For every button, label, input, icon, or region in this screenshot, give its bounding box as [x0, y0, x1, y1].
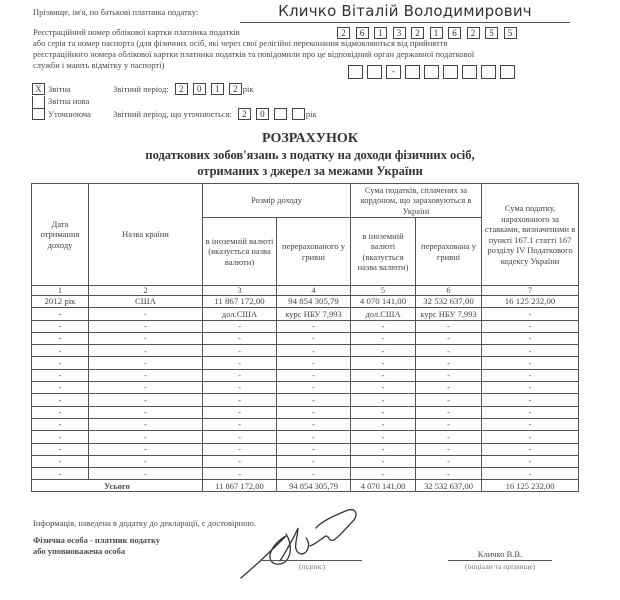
table-cell: 32 532 637,00	[416, 296, 482, 308]
table-cell: -	[89, 431, 203, 443]
table-row: -------	[32, 394, 579, 406]
table-cell: -	[416, 369, 482, 381]
column-number: 4	[277, 286, 351, 296]
table-cell: -	[416, 455, 482, 467]
table-cell: -	[277, 345, 351, 357]
table-cell: -	[203, 332, 277, 344]
digit-box[interactable]	[500, 65, 515, 79]
report-type-utochnyuyucha[interactable]: Уточнююча	[32, 108, 91, 120]
table-cell: -	[351, 332, 416, 344]
label-utochnyuyucha: Уточнююча	[48, 109, 91, 120]
table-row: -------	[32, 357, 579, 369]
column-number: 1	[32, 286, 89, 296]
digit-box[interactable]: 6	[448, 27, 461, 39]
table-cell: -	[32, 406, 89, 418]
table-cell: -	[416, 332, 482, 344]
table-row: --дол.СШАкурс НБУ 7,993дол.СШАкурс НБУ 7…	[32, 308, 579, 320]
table-cell: -	[89, 443, 203, 455]
digit-box[interactable]	[424, 65, 439, 79]
table-cell: -	[203, 455, 277, 467]
digit-box[interactable]: 6	[356, 27, 369, 39]
tax-calculation-table: Дата отримання доходу Назва країни Розмі…	[31, 183, 579, 492]
digit-box[interactable]: 2	[229, 83, 242, 95]
table-cell: -	[32, 332, 89, 344]
table-cell: -	[416, 320, 482, 332]
table-cell: -	[416, 382, 482, 394]
column-number: 7	[482, 286, 579, 296]
table-cell: -	[203, 443, 277, 455]
table-cell: -	[416, 418, 482, 430]
signature-caption: (підпис)	[262, 562, 362, 571]
table-cell: -	[89, 406, 203, 418]
table-cell: -	[89, 455, 203, 467]
table-cell: -	[32, 443, 89, 455]
digit-box[interactable]: 2	[411, 27, 424, 39]
digit-box[interactable]	[367, 65, 382, 79]
table-row: -------	[32, 332, 579, 344]
column-number: 3	[203, 286, 277, 296]
digit-box[interactable]	[405, 65, 420, 79]
table-cell: 11 867 172,00	[203, 296, 277, 308]
table-cell: -	[32, 394, 89, 406]
table-cell: -	[203, 468, 277, 480]
clarified-period-suffix: рік	[306, 109, 317, 120]
table-cell: -	[416, 394, 482, 406]
digit-box[interactable]	[481, 65, 496, 79]
table-cell: -	[482, 468, 579, 480]
checkbox-utochnyuyucha[interactable]	[32, 108, 45, 120]
table-cell: -	[482, 394, 579, 406]
registration-number-boxes: 2613216255	[337, 27, 517, 39]
header-tax-foreign: в іноземній валюті (вказується назва вал…	[351, 218, 416, 286]
table-cell: -	[277, 468, 351, 480]
table-cell: -	[351, 369, 416, 381]
table-cell: дол.США	[203, 308, 277, 320]
table-cell: -	[416, 406, 482, 418]
table-cell: -	[89, 332, 203, 344]
table-cell: -	[277, 455, 351, 467]
header-tax-group: Сума податків, сплачених за кордоном, що…	[351, 184, 482, 218]
table-cell: -	[277, 406, 351, 418]
table-cell: курс НБУ 7,993	[416, 308, 482, 320]
table-cell: -	[482, 455, 579, 467]
digit-box[interactable]	[274, 108, 287, 120]
header-income-group: Розмір доходу	[203, 184, 351, 218]
table-cell: -	[32, 345, 89, 357]
table-cell: -	[277, 418, 351, 430]
table-row: -------	[32, 431, 579, 443]
total-value: 11 867 172,00	[203, 480, 277, 492]
digit-box[interactable]: 5	[504, 27, 517, 39]
table-cell: -	[351, 443, 416, 455]
taxpayer-name-underline	[240, 22, 570, 23]
table-cell: -	[203, 369, 277, 381]
table-cell: -	[203, 345, 277, 357]
table-cell: -	[89, 345, 203, 357]
table-row: -------	[32, 320, 579, 332]
table-cell: -	[89, 394, 203, 406]
table-cell: -	[351, 468, 416, 480]
table-row: -------	[32, 468, 579, 480]
table-cell: -	[351, 345, 416, 357]
table-row: -------	[32, 455, 579, 467]
table-cell: -	[89, 357, 203, 369]
table-cell: -	[32, 418, 89, 430]
digit-box[interactable]	[462, 65, 477, 79]
table-cell: -	[351, 455, 416, 467]
table-cell: -	[32, 455, 89, 467]
total-label: Усього	[32, 480, 203, 492]
table-cell: -	[351, 406, 416, 418]
digit-box[interactable]: 5	[485, 27, 498, 39]
initials-caption: (ініціали та прізвище)	[448, 562, 552, 571]
header-income-foreign: в іноземній валюті (вказується назва вал…	[203, 218, 277, 286]
table-cell: -	[32, 308, 89, 320]
signer-label-line-2: або уповноважена особа	[33, 546, 160, 557]
table-cell: -	[482, 443, 579, 455]
table-cell: -	[351, 394, 416, 406]
table-cell: -	[89, 382, 203, 394]
table-cell: 94 854 305,79	[277, 296, 351, 308]
label-zvitna-nova: Звітна нова	[48, 96, 89, 107]
table-cell: -	[203, 320, 277, 332]
table-cell: США	[89, 296, 203, 308]
table-row: 2012 рікСША11 867 172,0094 854 305,794 0…	[32, 296, 579, 308]
label-zvitna: Звітна	[48, 84, 71, 95]
total-value: 32 532 637,00	[416, 480, 482, 492]
document-subtitle-1: податкових зобов'язань з податку на дохо…	[0, 148, 620, 163]
table-cell: -	[351, 382, 416, 394]
digit-box[interactable]: 2	[467, 27, 480, 39]
table-cell: -	[277, 382, 351, 394]
table-cell: -	[89, 418, 203, 430]
reg-text-line-2: або серія та номер паспорта (для фізични…	[33, 38, 593, 49]
reporting-period-label: Звітний період:	[113, 84, 169, 95]
digit-box[interactable]: 2	[175, 83, 188, 95]
table-cell: -	[351, 357, 416, 369]
table-cell: -	[203, 418, 277, 430]
column-number: 5	[351, 286, 416, 296]
table-cell: дол.США	[351, 308, 416, 320]
table-cell: 4 070 141,00	[351, 296, 416, 308]
initials-line	[448, 560, 552, 561]
reporting-period-suffix: рік	[243, 84, 254, 95]
table-row: -------	[32, 382, 579, 394]
table-cell: -	[277, 443, 351, 455]
table-cell: -	[482, 332, 579, 344]
digit-box[interactable]: 1	[430, 27, 443, 39]
table-cell: -	[32, 382, 89, 394]
column-number-row: 1234567	[32, 286, 579, 296]
document-subtitle-2: отриманих з джерел за межами України	[0, 164, 620, 179]
clarified-period-label: Звітний період, що уточнюється:	[113, 109, 232, 120]
digit-box[interactable]: 1	[211, 83, 224, 95]
digit-box[interactable]: 0	[256, 108, 269, 120]
accuracy-statement: Інформація, наведена в додатку до деклар…	[33, 518, 256, 529]
table-cell: -	[89, 468, 203, 480]
digit-box[interactable]: -	[386, 65, 401, 79]
digit-box[interactable]	[292, 108, 305, 120]
table-cell: -	[351, 320, 416, 332]
clarified-period-boxes: 20	[238, 108, 305, 120]
table-cell: -	[277, 394, 351, 406]
table-cell: -	[277, 332, 351, 344]
checkbox-zvitna[interactable]: X	[32, 83, 45, 95]
table-cell: -	[416, 443, 482, 455]
table-cell: -	[482, 431, 579, 443]
table-cell: -	[482, 406, 579, 418]
signature-line	[262, 560, 362, 561]
total-row: Усього11 867 172,0094 854 305,794 070 14…	[32, 480, 579, 492]
table-cell: -	[32, 468, 89, 480]
table-cell: -	[277, 320, 351, 332]
table-cell: -	[89, 308, 203, 320]
digit-box[interactable]	[443, 65, 458, 79]
table-cell: -	[482, 369, 579, 381]
table-cell: -	[416, 431, 482, 443]
reporting-period-boxes: 2012	[175, 83, 242, 95]
header-tax-uah: перерахована у гривні	[416, 218, 482, 286]
signer-label-line-1: Фізична особа - платник податку	[33, 535, 160, 546]
table-cell: -	[32, 357, 89, 369]
table-cell: -	[482, 382, 579, 394]
digit-box[interactable]: 2	[337, 27, 350, 39]
table-cell: -	[277, 431, 351, 443]
header-income-uah: перерахованого у гривні	[277, 218, 351, 286]
table-cell: -	[482, 320, 579, 332]
digit-box[interactable]: 0	[193, 83, 206, 95]
table-row: -------	[32, 345, 579, 357]
reporting-period: Звітний період: 2012 рік	[113, 83, 254, 95]
total-value: 94 854 305,79	[277, 480, 351, 492]
table-cell: -	[416, 468, 482, 480]
total-value: 4 070 141,00	[351, 480, 416, 492]
clarified-period: Звітний період, що уточнюється: 20 рік	[113, 108, 317, 120]
table-cell: -	[482, 418, 579, 430]
table-cell: -	[351, 418, 416, 430]
table-row: -------	[32, 406, 579, 418]
table-cell: 2012 рік	[32, 296, 89, 308]
table-cell: -	[482, 345, 579, 357]
table-cell: -	[89, 369, 203, 381]
column-number: 2	[89, 286, 203, 296]
report-type-zvitna[interactable]: X Звітна	[32, 83, 71, 95]
table-cell: -	[416, 357, 482, 369]
passport-number-boxes: -	[348, 65, 515, 79]
table-cell: -	[203, 406, 277, 418]
digit-box[interactable]: 2	[238, 108, 251, 120]
table-cell: -	[351, 431, 416, 443]
table-cell: -	[32, 431, 89, 443]
reg-text-line-3: реєстраційного номера облікової картки п…	[33, 49, 593, 60]
digit-box[interactable]	[348, 65, 363, 79]
table-cell: -	[277, 369, 351, 381]
column-number: 6	[416, 286, 482, 296]
header-tax-calculated: Сума податку, нарахованого за ставками, …	[482, 184, 579, 286]
table-cell: курс НБУ 7,993	[277, 308, 351, 320]
digit-box[interactable]: 3	[393, 27, 406, 39]
table-cell: 16 125 232,00	[482, 296, 579, 308]
header-country: Назва країни	[89, 184, 203, 286]
table-cell: -	[89, 320, 203, 332]
table-cell: -	[203, 357, 277, 369]
table-cell: -	[203, 382, 277, 394]
digit-box[interactable]: 1	[374, 27, 387, 39]
table-cell: -	[277, 357, 351, 369]
table-row: -------	[32, 418, 579, 430]
taxpayer-name-label: Прізвище, ім'я, по батькові платника под…	[33, 7, 198, 18]
table-cell: -	[482, 357, 579, 369]
table-cell: -	[416, 345, 482, 357]
table-cell: -	[32, 369, 89, 381]
signer-label: Фізична особа - платник податку або упов…	[33, 535, 160, 557]
taxpayer-name-value[interactable]: Кличко Віталій Володимирович	[240, 2, 570, 20]
document-title: РОЗРАХУНОК	[0, 131, 620, 147]
signer-initials: Кличко В.В.	[448, 549, 552, 560]
table-cell: -	[482, 308, 579, 320]
total-value: 16 125 232,00	[482, 480, 579, 492]
table-row: -------	[32, 369, 579, 381]
table-cell: -	[32, 320, 89, 332]
table-cell: -	[203, 394, 277, 406]
table-cell: -	[203, 431, 277, 443]
table-row: -------	[32, 443, 579, 455]
header-date: Дата отримання доходу	[32, 184, 89, 286]
